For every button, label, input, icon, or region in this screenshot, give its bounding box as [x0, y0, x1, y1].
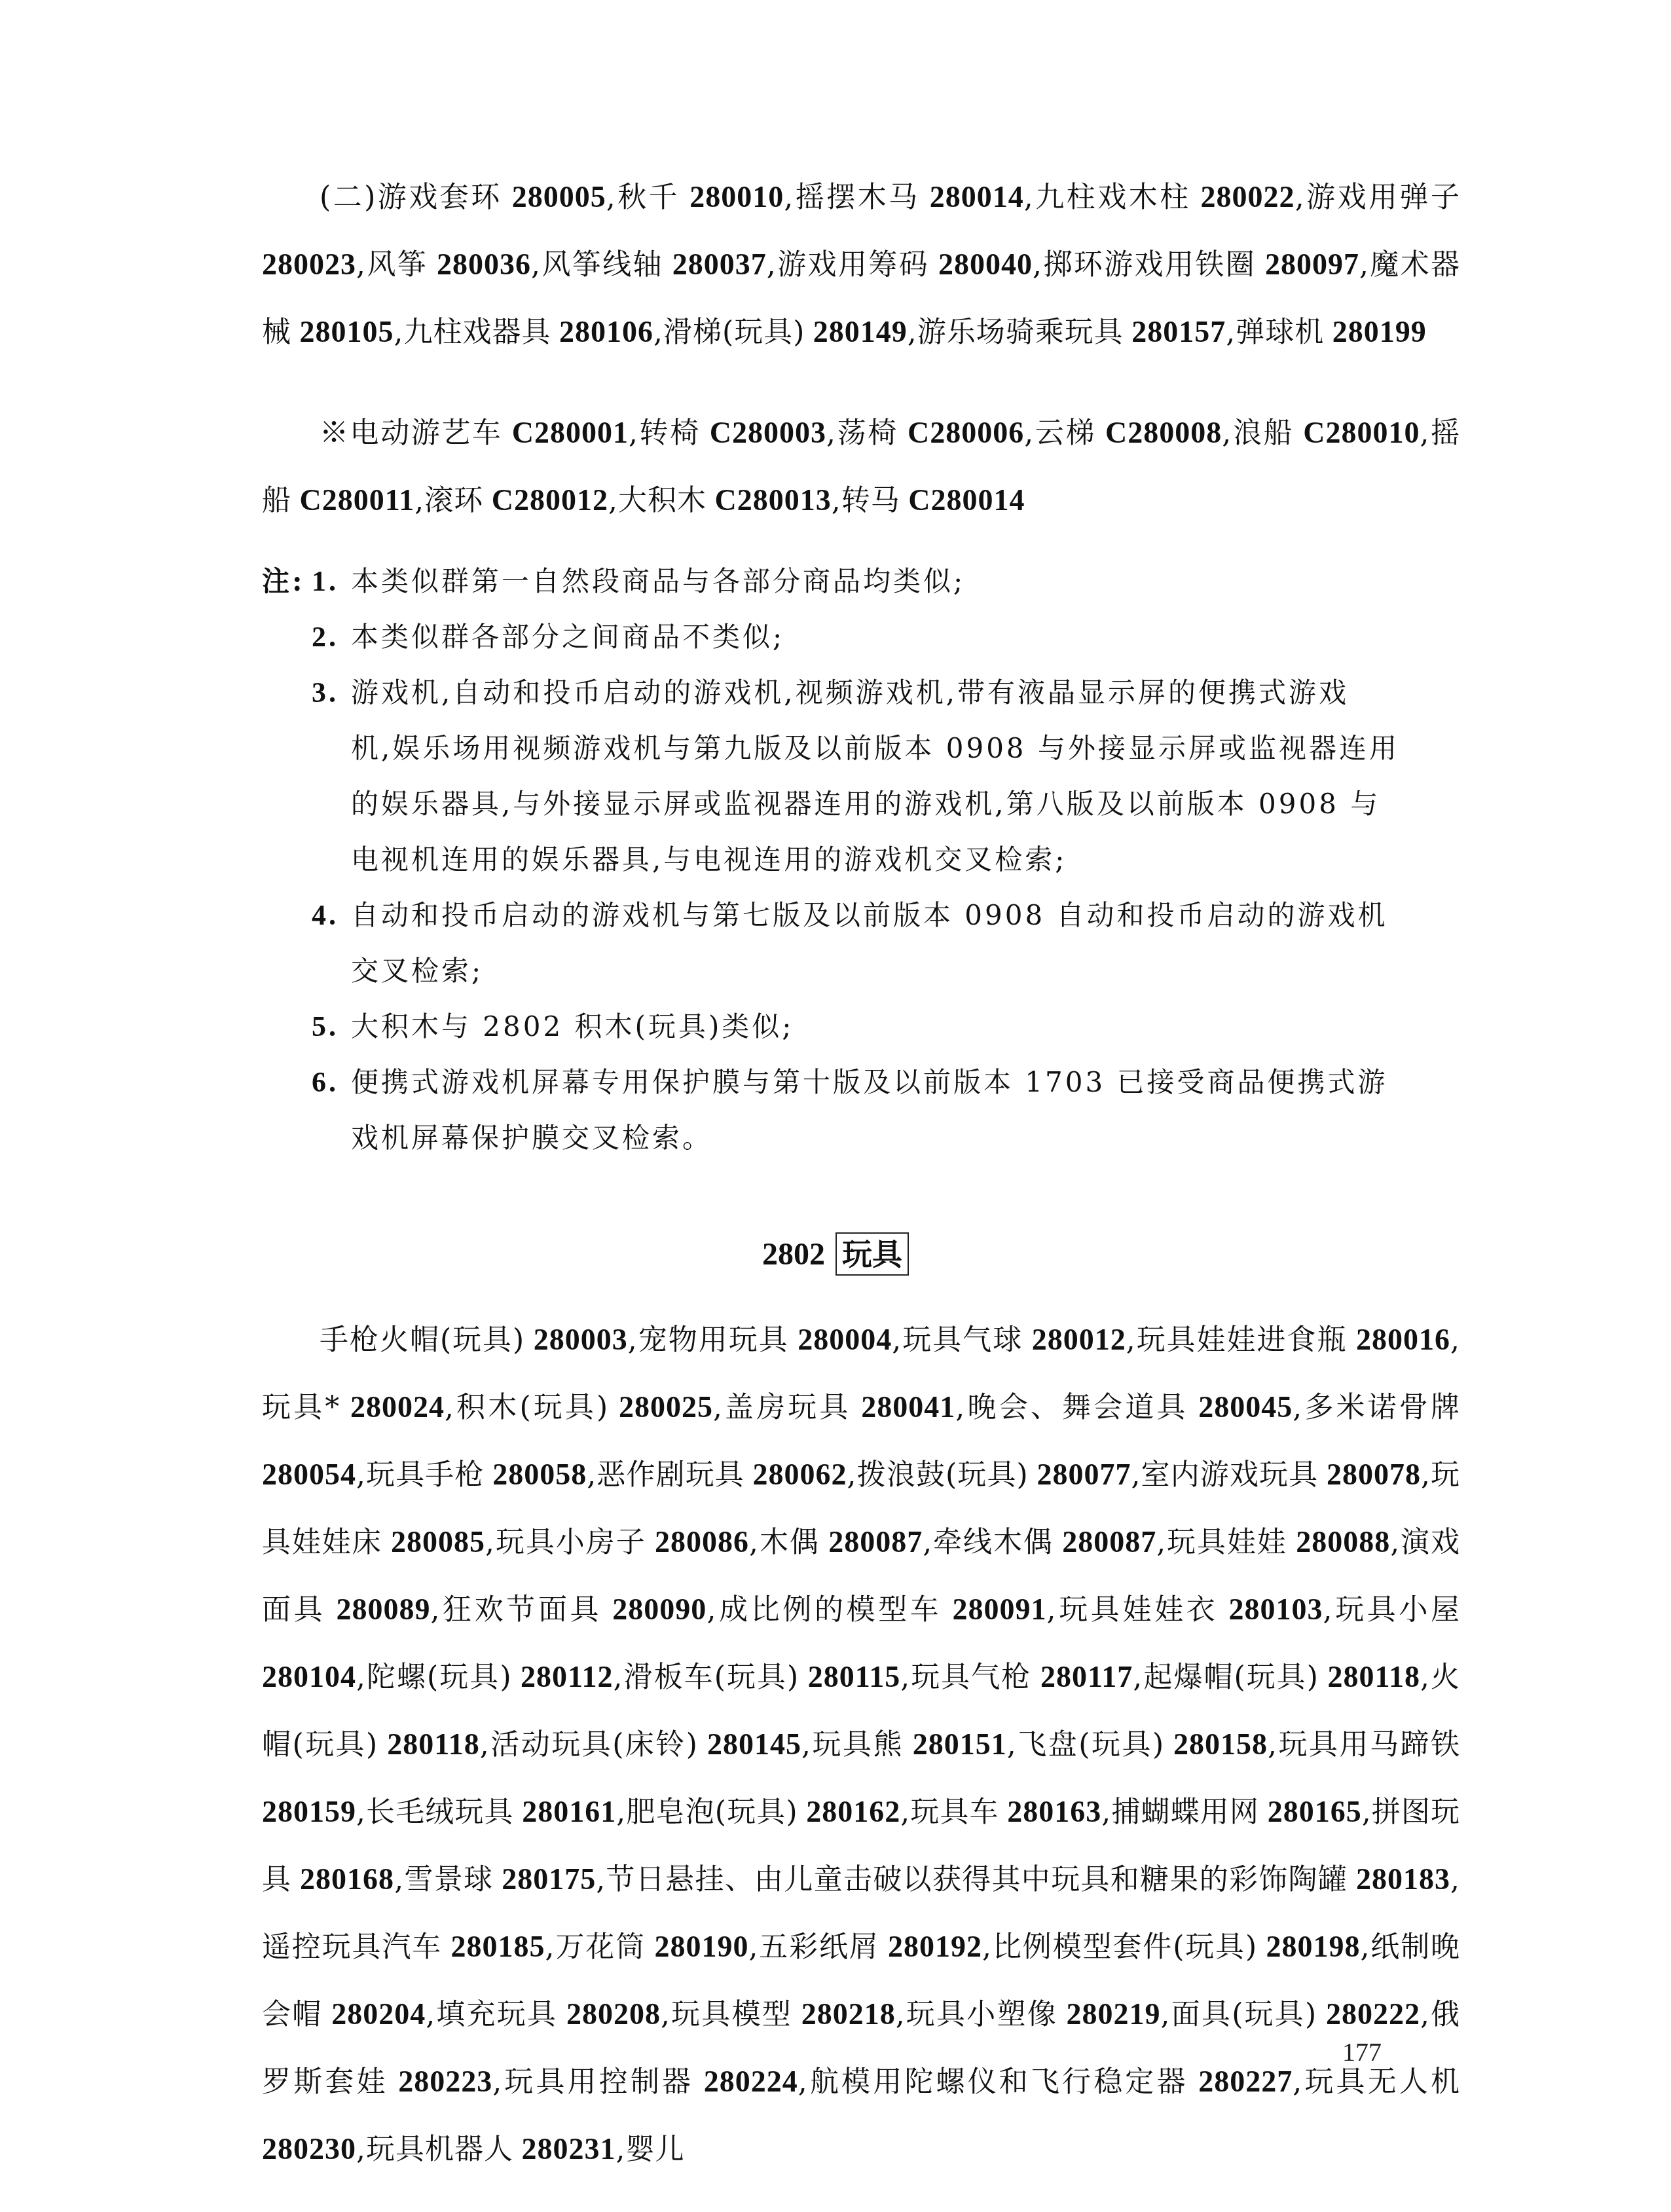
note-prefix: [262, 665, 312, 720]
item-name: 捕蝴蝶用网: [1111, 1796, 1259, 1829]
item-name: 玩具娃娃衣: [1057, 1593, 1219, 1627]
item-code: 280036: [428, 248, 531, 281]
item-name: 滚环: [424, 484, 483, 517]
item-code: 280040: [929, 248, 1033, 281]
item-code: 280168: [291, 1862, 394, 1896]
item-code: 280054: [262, 1458, 356, 1491]
item-name: 积木(玩具): [454, 1391, 608, 1424]
item-code: 280118: [1319, 1660, 1420, 1693]
item-code: 280218: [792, 1997, 896, 2031]
note-number: 3.: [312, 665, 351, 720]
note-line: 2.本类似群各部分之间商品不类似;: [262, 609, 1460, 665]
item-code: 280161: [514, 1795, 617, 1828]
item-name: 玩具熊: [811, 1728, 904, 1761]
item-name: 玩具模型: [670, 1998, 792, 2031]
section-star-items: 电动游艺车 C280001,转椅 C280003,荡椅 C280006,云梯 C…: [262, 416, 1460, 517]
item-name: 活动玩具(床铃): [490, 1728, 698, 1761]
item-name: 转椅: [638, 416, 701, 450]
item-code: 280045: [1188, 1390, 1293, 1424]
item-name: 牵线木偶: [932, 1526, 1054, 1559]
section-2802-items: 手枪火帽(玩具) 280003,宠物用玩具 280004,玩具气球 280012…: [262, 1323, 1460, 2166]
item-code: 280105: [291, 315, 394, 348]
item-name: 起爆帽(玩具): [1143, 1661, 1319, 1694]
item-name: 恶作剧玩具: [597, 1458, 744, 1492]
item-code: 280106: [551, 315, 654, 348]
item-name: 掷环游戏用铁圈: [1042, 248, 1256, 282]
item-name: 盖房玩具: [723, 1391, 851, 1424]
note-line: 机,娱乐场用视频游戏机与第九版及以前版本 0908 与外接显示屏或监视器连用: [262, 720, 1460, 776]
note-text: 自动和投币启动的游戏机与第七版及以前版本 0908 自动和投币启动的游戏机: [351, 887, 1460, 943]
item-code: 280086: [646, 1525, 749, 1558]
item-name: 九柱戏器具: [404, 316, 551, 349]
item-name: 肥皂泡(玩具): [626, 1796, 798, 1829]
notes-block: 注:1.本类似群第一自然段商品与各部分商品均类似;2.本类似群各部分之间商品不类…: [262, 553, 1460, 1166]
item-name: 玩具用控制器: [502, 2065, 693, 2099]
item-code: 280004: [789, 1323, 892, 1356]
item-name: 陀螺(玩具): [366, 1661, 512, 1694]
item-name: 风筝: [366, 248, 428, 282]
item-code: C280010: [1294, 416, 1420, 449]
item-code: 280231: [513, 2132, 616, 2166]
note-line: 电视机连用的娱乐器具,与电视连用的游戏机交叉检索;: [262, 832, 1460, 887]
note-line: 交叉检索;: [262, 943, 1460, 999]
section-2-paragraph: (二)游戏套环 280005,秋千 280010,摇摆木马 280014,九柱戏…: [262, 164, 1460, 366]
item-code: 280058: [485, 1458, 587, 1491]
item-code: C280011: [291, 483, 414, 517]
item-name: 填充玩具: [435, 1998, 557, 2031]
item-code: C280013: [707, 483, 832, 517]
item-code: 280023: [262, 248, 356, 281]
item-code: 280223: [388, 2065, 493, 2098]
note-prefix: [262, 887, 312, 943]
note-line: 5.大积木与 2802 积木(玩具)类似;: [262, 999, 1460, 1054]
item-name: 摇摆木马: [794, 181, 919, 214]
item-name: 滑梯(玩具): [663, 316, 805, 349]
item-code: C280006: [898, 416, 1024, 449]
document-page: (二)游戏套环 280005,秋千 280010,摇摆木马 280014,九柱戏…: [0, 0, 1671, 2212]
item-code: 280016: [1348, 1323, 1451, 1356]
item-name: 手枪火帽(玩具): [320, 1323, 524, 1357]
item-name: 宠物用玩具: [638, 1323, 789, 1357]
item-code: 280003: [524, 1323, 628, 1356]
note-number: 6.: [312, 1054, 351, 1110]
item-code: 280104: [262, 1660, 356, 1693]
item-name: 风筝线轴: [541, 248, 663, 282]
item-name: 玩具小塑像: [906, 1998, 1057, 2031]
item-name: 节日悬挂、由儿童击破以获得其中玩具和糖果的彩饰陶罐: [606, 1863, 1348, 1896]
item-code: 280097: [1256, 248, 1359, 281]
item-name: 多米诺骨牌: [1302, 1391, 1460, 1424]
item-code: C280012: [483, 483, 608, 517]
item-code: 280088: [1287, 1525, 1390, 1558]
item-name: 比例模型套件(玩具): [992, 1930, 1257, 1964]
note-prefix: [262, 609, 312, 665]
item-code: 280010: [680, 180, 784, 213]
item-name: 游戏用弹子: [1305, 181, 1460, 214]
note-text: 本类似群各部分之间商品不类似;: [351, 609, 1460, 665]
item-code: 280204: [322, 1997, 426, 2031]
item-name: 游戏套环: [376, 181, 502, 214]
section-2-items: 游戏套环 280005,秋千 280010,摇摆木马 280014,九柱戏木柱 …: [262, 181, 1460, 349]
item-code: 280014: [920, 180, 1024, 213]
item-code: 280025: [608, 1390, 713, 1424]
item-name: 玩具手枪: [366, 1458, 485, 1492]
item-code: 280159: [262, 1795, 356, 1828]
note-number: 4.: [312, 887, 351, 943]
heading-code: 2802: [762, 1237, 825, 1272]
item-code: 280227: [1188, 2065, 1293, 2098]
item-name: 玩具用马蹄铁: [1277, 1728, 1460, 1761]
item-code: 280151: [904, 1727, 1007, 1761]
item-code: 280041: [851, 1390, 956, 1424]
item-code: 280085: [382, 1525, 485, 1558]
item-name: 云梯: [1034, 416, 1096, 450]
item-code: 280012: [1023, 1323, 1126, 1356]
item-code: 280037: [663, 248, 767, 281]
item-name: 玩具娃娃进食瓶: [1136, 1323, 1348, 1357]
item-name: 晚会、舞会道具: [965, 1391, 1188, 1424]
note-line: 6.便携式游戏机屏幕专用保护膜与第十版及以前版本 1703 已接受商品便携式游: [262, 1054, 1460, 1110]
item-name: 滑板车(玩具): [623, 1661, 799, 1694]
item-name: 九柱戏木柱: [1034, 181, 1191, 214]
item-code: 280230: [262, 2132, 356, 2166]
item-code: 280162: [798, 1795, 901, 1828]
item-code: C280001: [503, 416, 629, 449]
note-prefix: [262, 1054, 312, 1110]
heading-title: 玩具: [835, 1232, 909, 1276]
note-prefix: 注:: [262, 553, 312, 609]
item-code: 280090: [602, 1593, 707, 1626]
item-code: 280222: [1317, 1997, 1420, 2031]
item-name: 木偶: [759, 1526, 820, 1559]
item-name: 转马: [841, 484, 900, 517]
note-line: 3.游戏机,自动和投币启动的游戏机,视频游戏机,带有液晶显示屏的便携式游戏: [262, 665, 1460, 720]
item-name: 玩具小屋: [1333, 1593, 1461, 1627]
item-code: 280078: [1318, 1458, 1421, 1491]
item-name: 玩具气枪: [910, 1661, 1031, 1694]
item-code: 280089: [325, 1593, 430, 1626]
item-name: 玩具娃娃: [1166, 1526, 1287, 1559]
item-name: 飞盘(玩具): [1017, 1728, 1164, 1761]
star-mark: ※: [320, 416, 350, 450]
item-name: 遥控玩具汽车: [262, 1930, 442, 1964]
note-number: 2.: [312, 609, 351, 665]
item-name: 浪船: [1232, 416, 1294, 450]
note-line: 的娱乐器具,与外接显示屏或监视器连用的游戏机,第八版及以前版本 0908 与: [262, 776, 1460, 832]
item-name: 面具(玩具): [1171, 1998, 1317, 2031]
item-code: 280112: [512, 1660, 614, 1693]
note-number: 1.: [312, 553, 351, 609]
item-code: 280158: [1164, 1727, 1268, 1761]
item-code: 280005: [502, 180, 606, 213]
item-name: 拨浪鼓(玩具): [857, 1458, 1029, 1492]
item-name: 游戏用筹码: [777, 248, 929, 282]
item-name: 航模用陀螺仪和飞行稳定器: [808, 2065, 1188, 2099]
item-name: 秋千: [616, 181, 680, 214]
note-text: 本类似群第一自然段商品与各部分商品均类似;: [351, 553, 1460, 609]
item-code: 280117: [1031, 1660, 1133, 1693]
item-name: 大积木: [618, 484, 707, 517]
item-name: 狂欢节面具: [440, 1593, 602, 1627]
item-name: 玩具车: [910, 1796, 999, 1829]
item-name: 荡椅: [836, 416, 898, 450]
note-text: 交叉检索;: [351, 943, 1460, 999]
item-code: 280208: [557, 1997, 661, 2031]
item-code: 280115: [799, 1660, 900, 1693]
item-code: 280163: [999, 1795, 1102, 1828]
item-code: 280175: [493, 1862, 596, 1896]
note-line: 戏机屏幕保护膜交叉检索。: [262, 1110, 1460, 1166]
note-line: 注:1.本类似群第一自然段商品与各部分商品均类似;: [262, 553, 1460, 609]
item-name: 游乐场骑乘玩具: [917, 316, 1124, 349]
item-name: 万花筒: [555, 1930, 646, 1964]
note-text: 大积木与 2802 积木(玩具)类似;: [351, 999, 1460, 1054]
item-code: 280183: [1348, 1862, 1450, 1896]
item-code: 280190: [646, 1930, 748, 1963]
item-name: 玩具小房子: [495, 1526, 646, 1559]
item-name: 成比例的模型车: [716, 1593, 942, 1627]
item-name: 玩具*: [262, 1391, 340, 1424]
item-name: 玩具机器人: [366, 2133, 513, 2166]
note-prefix: [262, 999, 312, 1054]
item-name: 室内游戏玩具: [1141, 1458, 1318, 1492]
note-text: 游戏机,自动和投币启动的游戏机,视频游戏机,带有液晶显示屏的便携式游戏: [351, 665, 1460, 720]
item-code: 280165: [1259, 1795, 1362, 1828]
item-name: 雪景球: [404, 1863, 493, 1896]
item-name: 长毛绒玩具: [366, 1796, 514, 1829]
item-code: 280087: [820, 1525, 923, 1558]
item-code: 280024: [340, 1390, 445, 1424]
section-heading: 2802玩具: [0, 1231, 1671, 1278]
item-code: 280224: [693, 2065, 798, 2098]
item-code: 280087: [1054, 1525, 1156, 1558]
item-code: 280157: [1124, 315, 1226, 348]
item-code: 280062: [744, 1458, 847, 1491]
note-text: 的娱乐器具,与外接显示屏或监视器连用的游戏机,第八版及以前版本 0908 与: [351, 776, 1460, 832]
note-text: 电视机连用的娱乐器具,与电视连用的游戏机交叉检索;: [351, 832, 1460, 887]
note-number: 5.: [312, 999, 351, 1054]
note-text: 机,娱乐场用视频游戏机与第九版及以前版本 0908 与外接显示屏或监视器连用: [351, 720, 1460, 776]
section-2-lead: (二): [320, 181, 376, 214]
page-number: 177: [1342, 2037, 1382, 2067]
item-code: 280149: [805, 315, 908, 348]
item-code: C280008: [1096, 416, 1222, 449]
section-2802-paragraph: 手枪火帽(玩具) 280003,宠物用玩具 280004,玩具气球 280012…: [262, 1306, 1460, 2183]
item-name: 弹球机: [1236, 316, 1324, 349]
item-code: C280003: [701, 416, 826, 449]
item-code: 280145: [698, 1727, 801, 1761]
note-text: 戏机屏幕保护膜交叉检索。: [351, 1110, 1460, 1166]
item-name: 玩具气球: [902, 1323, 1023, 1357]
item-code: 280219: [1057, 1997, 1161, 2031]
item-code: 280022: [1191, 180, 1295, 213]
item-code: 280091: [942, 1593, 1046, 1626]
item-code: 280192: [879, 1930, 982, 1963]
note-line: 4.自动和投币启动的游戏机与第七版及以前版本 0908 自动和投币启动的游戏机: [262, 887, 1460, 943]
item-name: 玩具无人机: [1302, 2065, 1460, 2099]
item-code: 280118: [378, 1727, 479, 1761]
note-text: 便携式游戏机屏幕专用保护膜与第十版及以前版本 1703 已接受商品便携式游: [351, 1054, 1460, 1110]
section-star-paragraph: ※电动游艺车 C280001,转椅 C280003,荡椅 C280006,云梯 …: [262, 399, 1460, 534]
item-code: C280014: [900, 483, 1025, 517]
item-name: 五彩纸屑: [758, 1930, 879, 1964]
item-code: 280077: [1029, 1458, 1131, 1491]
item-code: 280185: [442, 1930, 545, 1963]
item-code: 280198: [1257, 1930, 1360, 1963]
item-code: 280103: [1218, 1593, 1323, 1626]
item-code: 280199: [1324, 315, 1427, 348]
item-name: 电动游艺车: [350, 416, 503, 450]
